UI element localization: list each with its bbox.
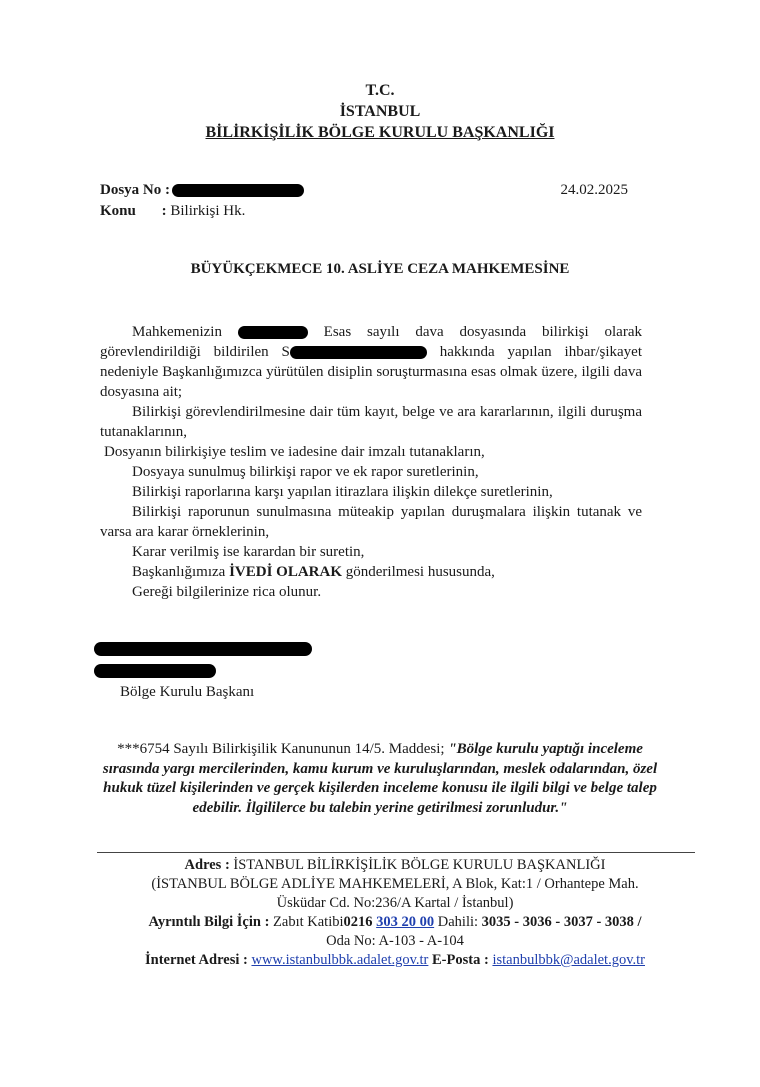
- body-text: Esas sayılı dava dosyasında bilirkişi ol…: [324, 324, 642, 340]
- document-date: 24.02.2025: [561, 180, 629, 201]
- body-text: gönderilmesi hususunda,: [346, 564, 495, 580]
- law-reference: ***6754 Sayılı Bilirkişilik Kanununun 14…: [117, 741, 445, 757]
- email-link[interactable]: istanbulbbk@adalet.gov.tr: [492, 952, 645, 968]
- address-label: Adres :: [185, 857, 230, 873]
- website-link[interactable]: www.istanbulbbk.adalet.gov.tr: [251, 952, 428, 968]
- request-item: Dosyanın bilirkişiye teslim ve iadesine …: [100, 442, 642, 462]
- document-meta: Dosya No : Konu : Bilirkişi Hk. 24.02.20…: [100, 180, 640, 222]
- address-value: İSTANBUL BİLİRKİŞİLİK BÖLGE KURULU BAŞKA…: [233, 857, 605, 873]
- body-text: hakkında yapılan ihbar/şikayet: [440, 344, 642, 360]
- body-line-1: Mahkemenizin Esas sayılı dava dosyasında…: [100, 322, 642, 342]
- signer-title: Bölge Kurulu Başkanı: [94, 681, 312, 703]
- urgent-emphasis: İVEDİ OLARAK: [229, 564, 342, 580]
- footer-contact: Adres : İSTANBUL BİLİRKİŞİLİK BÖLGE KURU…: [90, 856, 700, 970]
- letterhead: T.C. İSTANBUL BİLİRKİŞİLİK BÖLGE KURULU …: [0, 80, 760, 143]
- subject-sep: :: [162, 203, 167, 219]
- law-note: ***6754 Sayılı Bilirkişilik Kanununun 14…: [100, 740, 660, 818]
- signature-block: Bölge Kurulu Başkanı: [94, 637, 312, 703]
- letterhead-institution: BİLİRKİŞİLİK BÖLGE KURULU BAŞKANLIĞI: [0, 122, 760, 143]
- case-number-redaction: [238, 326, 308, 339]
- info-line: Ayrıntılı Bilgi İçin : Zabıt Katibi0216 …: [90, 913, 700, 932]
- web-line: İnternet Adresi : www.istanbulbbk.adalet…: [90, 951, 700, 970]
- room-line: Oda No: A-103 - A-104: [90, 932, 700, 951]
- file-number-label: Dosya No :: [100, 182, 170, 198]
- body-text: görevlendirildiği bildirilen S: [100, 344, 290, 360]
- footer-divider: [97, 852, 695, 853]
- file-number-row: Dosya No :: [100, 180, 640, 201]
- request-item: Karar verilmiş ise karardan bir suretin,: [100, 542, 642, 562]
- body-text: Başkanlığımıza: [132, 564, 225, 580]
- extension-label: Dahili:: [438, 914, 478, 930]
- address-line-1: Adres : İSTANBUL BİLİRKİŞİLİK BÖLGE KURU…: [90, 856, 700, 875]
- body-line-2: görevlendirildiği bildirilen S hakkında …: [100, 342, 642, 362]
- clerk-label: Zabıt Katibi: [273, 914, 343, 930]
- subject-label: Konu: [100, 203, 136, 219]
- letterhead-tc: T.C.: [0, 80, 760, 101]
- request-item: Dosyaya sunulmuş bilirkişi rapor ve ek r…: [100, 462, 642, 482]
- body-paragraph-1-rest: nedeniyle Başkanlığımızca yürütülen disi…: [100, 362, 642, 402]
- document-page: T.C. İSTANBUL BİLİRKİŞİLİK BÖLGE KURULU …: [0, 0, 760, 1087]
- letterhead-city: İSTANBUL: [0, 101, 760, 122]
- info-label: Ayrıntılı Bilgi İçin :: [148, 914, 269, 930]
- body-text: Mahkemenizin: [132, 324, 222, 340]
- request-item: Bilirkişi görevlendirilmesine dair tüm k…: [100, 402, 642, 442]
- recipient-court: BÜYÜKÇEKMECE 10. ASLİYE CEZA MAHKEMESİNE: [0, 261, 760, 278]
- web-label: İnternet Adresi :: [145, 952, 248, 968]
- signer-name-redaction: [94, 642, 312, 656]
- closing-line: Gereği bilgilerinize rica olunur.: [100, 582, 642, 602]
- request-urgent-line: Başkanlığımıza İVEDİ OLARAK gönderilmesi…: [100, 562, 642, 582]
- letter-body: Mahkemenizin Esas sayılı dava dosyasında…: [100, 322, 642, 602]
- file-number-redaction: [172, 184, 304, 197]
- address-line-3: Üsküdar Cd. No:236/A Kartal / İstanbul): [90, 894, 700, 913]
- phone-prefix: 0216: [344, 914, 373, 930]
- address-line-2: (İSTANBUL BÖLGE ADLİYE MAHKEMELERİ, A Bl…: [90, 875, 700, 894]
- request-item: Bilirkişi raporlarına karşı yapılan itir…: [100, 482, 642, 502]
- person-name-redaction: [290, 346, 427, 359]
- subject-value: Bilirkişi Hk.: [170, 203, 245, 219]
- phone-link[interactable]: 303 20 00: [376, 914, 434, 930]
- subject-row: Konu : Bilirkişi Hk.: [100, 201, 640, 222]
- email-label: E-Posta :: [432, 952, 489, 968]
- request-item: Bilirkişi raporunun sunulmasına müteakip…: [100, 502, 642, 542]
- signer-role-redaction: [94, 664, 216, 678]
- extension-values: 3035 - 3036 - 3037 - 3038 /: [482, 914, 642, 930]
